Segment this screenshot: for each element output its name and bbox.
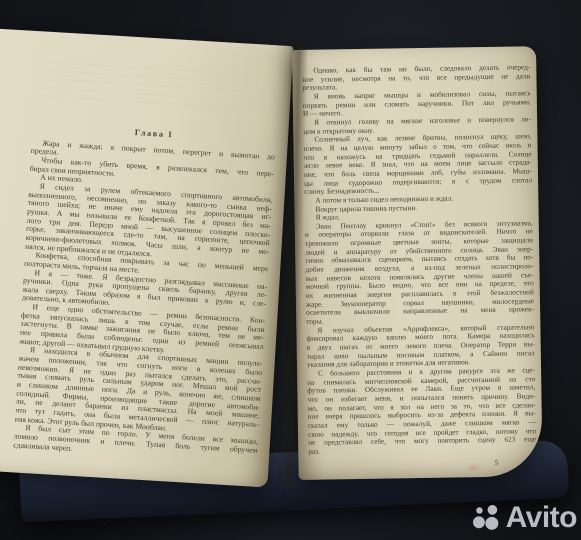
book-left-page: Глава I Жара и жажда; я покрыт потом, пе… <box>0 28 293 487</box>
avito-watermark: Avito <box>473 503 577 533</box>
right-page-lines: Однако, как бы там ни было, следовало де… <box>302 63 536 456</box>
right-page-text-block: Однако, как бы там ни было, следовало де… <box>292 46 543 470</box>
left-page-text-block: Глава I Жара и жажда; я покрыт потом, пе… <box>0 28 293 478</box>
page-stain <box>467 463 481 472</box>
photo-background: Глава I Жара и жажда; я покрыт потом, пе… <box>0 0 581 540</box>
avito-logo-dots-icon <box>473 505 501 532</box>
book-right-page: Однако, как бы там ни было, следовало де… <box>292 46 543 480</box>
page-number-right: 5 <box>308 458 536 470</box>
avito-brand-text: Avito <box>506 503 577 533</box>
left-page-lines: Жара и жажда; я покрыт потом, перегрет и… <box>13 139 275 465</box>
